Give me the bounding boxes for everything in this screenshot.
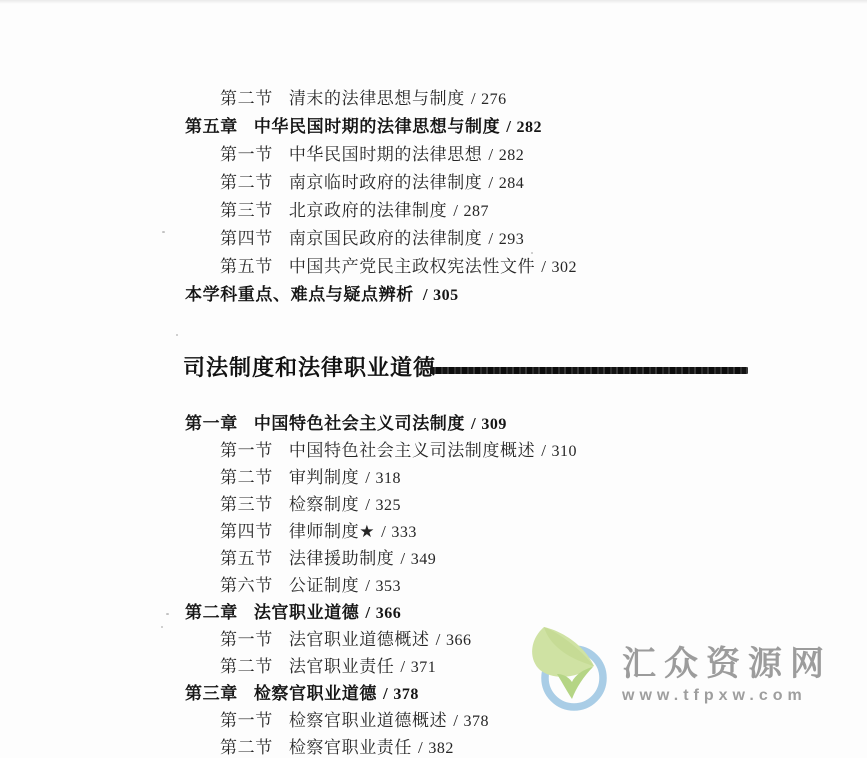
- toc-entry-label: 第一章: [185, 414, 238, 433]
- toc-entry-label: 第一节: [220, 145, 273, 164]
- toc-entry-title: 北京政府的法律制度: [289, 201, 447, 220]
- toc-entry: 第四节南京国民政府的法律制度/293: [185, 225, 577, 253]
- scan-speck: [162, 231, 165, 233]
- page-number: 305: [433, 287, 459, 304]
- toc-entry-title: 南京临时政府的法律制度: [289, 173, 483, 192]
- separator: /: [383, 684, 388, 703]
- toc-entry-label: 第二节: [220, 89, 273, 108]
- toc-entry-title: 中华民国时期的法律思想与制度: [254, 117, 500, 136]
- toc-entry: 第一章中国特色社会主义司法制度/309: [185, 410, 577, 437]
- toc-entry-title: 中国特色社会主义司法制度: [254, 414, 465, 433]
- decorative-rule: [430, 367, 748, 374]
- page-number: 325: [376, 497, 402, 514]
- separator: /: [488, 173, 493, 192]
- toc-entry-label: 第一节: [220, 630, 273, 649]
- scan-speck: [176, 334, 178, 336]
- page-number: 276: [481, 91, 507, 108]
- scan-speck: [531, 252, 533, 254]
- scan-speck: [166, 613, 169, 615]
- toc-entry-title: 检察官职业道德概述: [289, 711, 447, 730]
- separator: /: [400, 657, 405, 676]
- toc-entry-label: 第六节: [220, 576, 273, 595]
- toc-entry-label: 第三章: [185, 684, 238, 703]
- toc-entry: 第一节中国特色社会主义司法制度概述/310: [185, 437, 577, 464]
- scan-speck: [161, 626, 163, 628]
- toc-entry: 第二节检察官职业责任/382: [185, 734, 577, 758]
- toc-entry-title: 法官职业道德: [254, 603, 360, 622]
- watermark-site-name: 汇众资源网: [622, 645, 832, 683]
- toc-entry-label: 第四节: [220, 522, 273, 541]
- toc-entry: 第三节检察制度/325: [185, 491, 577, 518]
- toc-entry-label: 第二节: [220, 173, 273, 192]
- toc-entry-label: 第五章: [185, 117, 238, 136]
- toc-entry-title: 审判制度: [289, 468, 359, 487]
- separator: /: [541, 441, 546, 460]
- page-number: 293: [499, 231, 525, 248]
- separator: /: [423, 285, 428, 304]
- toc-entry: 第六节公证制度/353: [185, 572, 577, 599]
- toc-entry: 第五章中华民国时期的法律思想与制度/282: [185, 113, 577, 141]
- page-number: 382: [428, 740, 454, 757]
- separator: /: [365, 576, 370, 595]
- toc-list-part1: 第二节清末的法律思想与制度/276 第五章中华民国时期的法律思想与制度/282 …: [185, 85, 577, 309]
- page-number: 378: [464, 713, 490, 730]
- toc-entry-label: 第一节: [220, 441, 273, 460]
- toc-entry-title: 检察制度: [289, 495, 359, 514]
- toc-entry: 第二节南京临时政府的法律制度/284: [185, 169, 577, 197]
- leaf-sprout-circle-icon: [528, 625, 620, 717]
- separator: /: [488, 145, 493, 164]
- toc-entry: 第五节中国共产党民主政权宪法性文件/302: [185, 253, 577, 281]
- toc-entry-label: 第五节: [220, 549, 273, 568]
- separator: /: [365, 468, 370, 487]
- toc-entry: 第二节审判制度/318: [185, 464, 577, 491]
- toc-entry: 第一节法官职业道德概述/366: [185, 626, 577, 653]
- page-number: 302: [552, 259, 578, 276]
- separator: /: [400, 549, 405, 568]
- toc-entry-title: 法官职业道德概述: [289, 630, 430, 649]
- watermark-site-url: www.tfpxw.com: [622, 687, 832, 705]
- page-number: 318: [376, 470, 402, 487]
- scan-top-edge: [0, 0, 867, 4]
- toc-entry-label: 第三节: [220, 495, 273, 514]
- page-number: 349: [411, 551, 437, 568]
- toc-entry-label: 第二章: [185, 603, 238, 622]
- page-number: 282: [517, 119, 543, 136]
- separator: /: [453, 711, 458, 730]
- separator: /: [436, 630, 441, 649]
- page-number: 282: [499, 147, 525, 164]
- separator: /: [365, 495, 370, 514]
- toc-entry-label: 本学科重点、难点与疑点辨析: [185, 285, 414, 304]
- toc-entry-label: 第二节: [220, 657, 273, 676]
- toc-entry: 第二节法官职业责任/371: [185, 653, 577, 680]
- separator: /: [541, 257, 546, 276]
- toc-entry: 本学科重点、难点与疑点辨析/305: [185, 281, 577, 309]
- toc-entry: 第二节清末的法律思想与制度/276: [185, 85, 577, 113]
- toc-entry: 第一节中华民国时期的法律思想/282: [185, 141, 577, 169]
- page-number: 378: [393, 686, 419, 703]
- page-number: 366: [446, 632, 472, 649]
- page-number: 371: [411, 659, 437, 676]
- page-number: 310: [552, 443, 578, 460]
- separator: /: [418, 738, 423, 757]
- toc-entry: 第五节法律援助制度/349: [185, 545, 577, 572]
- toc-entry-title: 法律援助制度: [289, 549, 395, 568]
- toc-entry-label: 第四节: [220, 229, 273, 248]
- page-number: 333: [391, 524, 417, 541]
- toc-entry-title: 律师制度★: [289, 522, 375, 541]
- toc-entry-label: 第二节: [220, 738, 273, 757]
- toc-entry-title: 法官职业责任: [289, 657, 395, 676]
- toc-entry-title: 中国特色社会主义司法制度概述: [289, 441, 535, 460]
- toc-entry: 第三节北京政府的法律制度/287: [185, 197, 577, 225]
- toc-entry-title: 公证制度: [289, 576, 359, 595]
- separator: /: [453, 201, 458, 220]
- toc-entry-title: 中华民国时期的法律思想: [289, 145, 483, 164]
- toc-entry-label: 第三节: [220, 201, 273, 220]
- page-number: 309: [481, 416, 507, 433]
- toc-entry-label: 第五节: [220, 257, 273, 276]
- page-number: 366: [376, 605, 402, 622]
- separator: /: [365, 603, 370, 622]
- watermark: 汇众资源网 www.tfpxw.com: [528, 625, 848, 735]
- separator: /: [488, 229, 493, 248]
- separator: /: [506, 117, 511, 136]
- toc-entry-title: 检察官职业道德: [254, 684, 377, 703]
- page-number: 353: [376, 578, 402, 595]
- toc-list-part2: 第一章中国特色社会主义司法制度/309 第一节中国特色社会主义司法制度概述/31…: [185, 410, 577, 758]
- toc-entry-title: 南京国民政府的法律制度: [289, 229, 483, 248]
- separator: /: [471, 414, 476, 433]
- toc-entry-label: 第一节: [220, 711, 273, 730]
- toc-entry-label: 第二节: [220, 468, 273, 487]
- toc-entry: 第三章检察官职业道德/378: [185, 680, 577, 707]
- toc-entry-title: 中国共产党民主政权宪法性文件: [289, 257, 535, 276]
- toc-entry: 第四节律师制度★/333: [185, 518, 577, 545]
- toc-entry: 第二章法官职业道德/366: [185, 599, 577, 626]
- toc-entry: 第一节检察官职业道德概述/378: [185, 707, 577, 734]
- toc-entry-title: 检察官职业责任: [289, 738, 412, 757]
- separator: /: [381, 522, 386, 541]
- toc-entry-title: 清末的法律思想与制度: [289, 89, 465, 108]
- part-title: 司法制度和法律职业道德: [183, 351, 436, 382]
- page-number: 287: [464, 203, 490, 220]
- page-number: 284: [499, 175, 525, 192]
- separator: /: [471, 89, 476, 108]
